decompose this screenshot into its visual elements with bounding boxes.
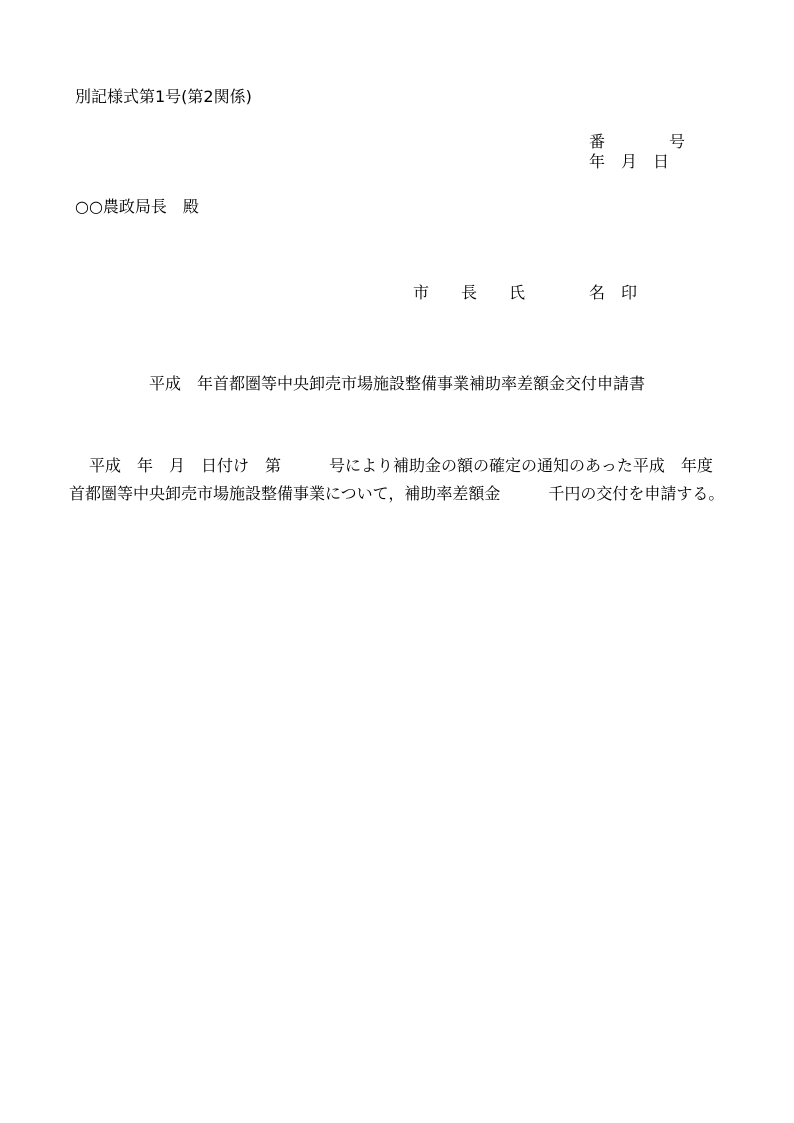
document-number-placeholder: 番 号 <box>589 132 685 152</box>
document-title: 平成 年首都圏等中央卸売市場施設整備事業補助率差額金交付申請書 <box>0 374 794 394</box>
form-label: 別記様式第1号(第2関係) <box>75 87 252 107</box>
body-paragraph-line-1: 平成 年 月 日付け 第 号により補助金の額の確定の通知のあった平成 年度 <box>73 456 713 476</box>
signature-line: 市 長 氏 名 印 <box>413 283 637 303</box>
document-date-placeholder: 年 月 日 <box>589 152 669 172</box>
document-page: 別記様式第1号(第2関係) 番 号 年 月 日 ○○農政局長 殿 市 長 氏 名… <box>0 0 794 1123</box>
body-paragraph-line-2: 首都圏等中央卸売市場施設整備事業について，補助率差額金 千円の交付を申請する。 <box>69 484 724 504</box>
addressee-line: ○○農政局長 殿 <box>75 197 199 217</box>
